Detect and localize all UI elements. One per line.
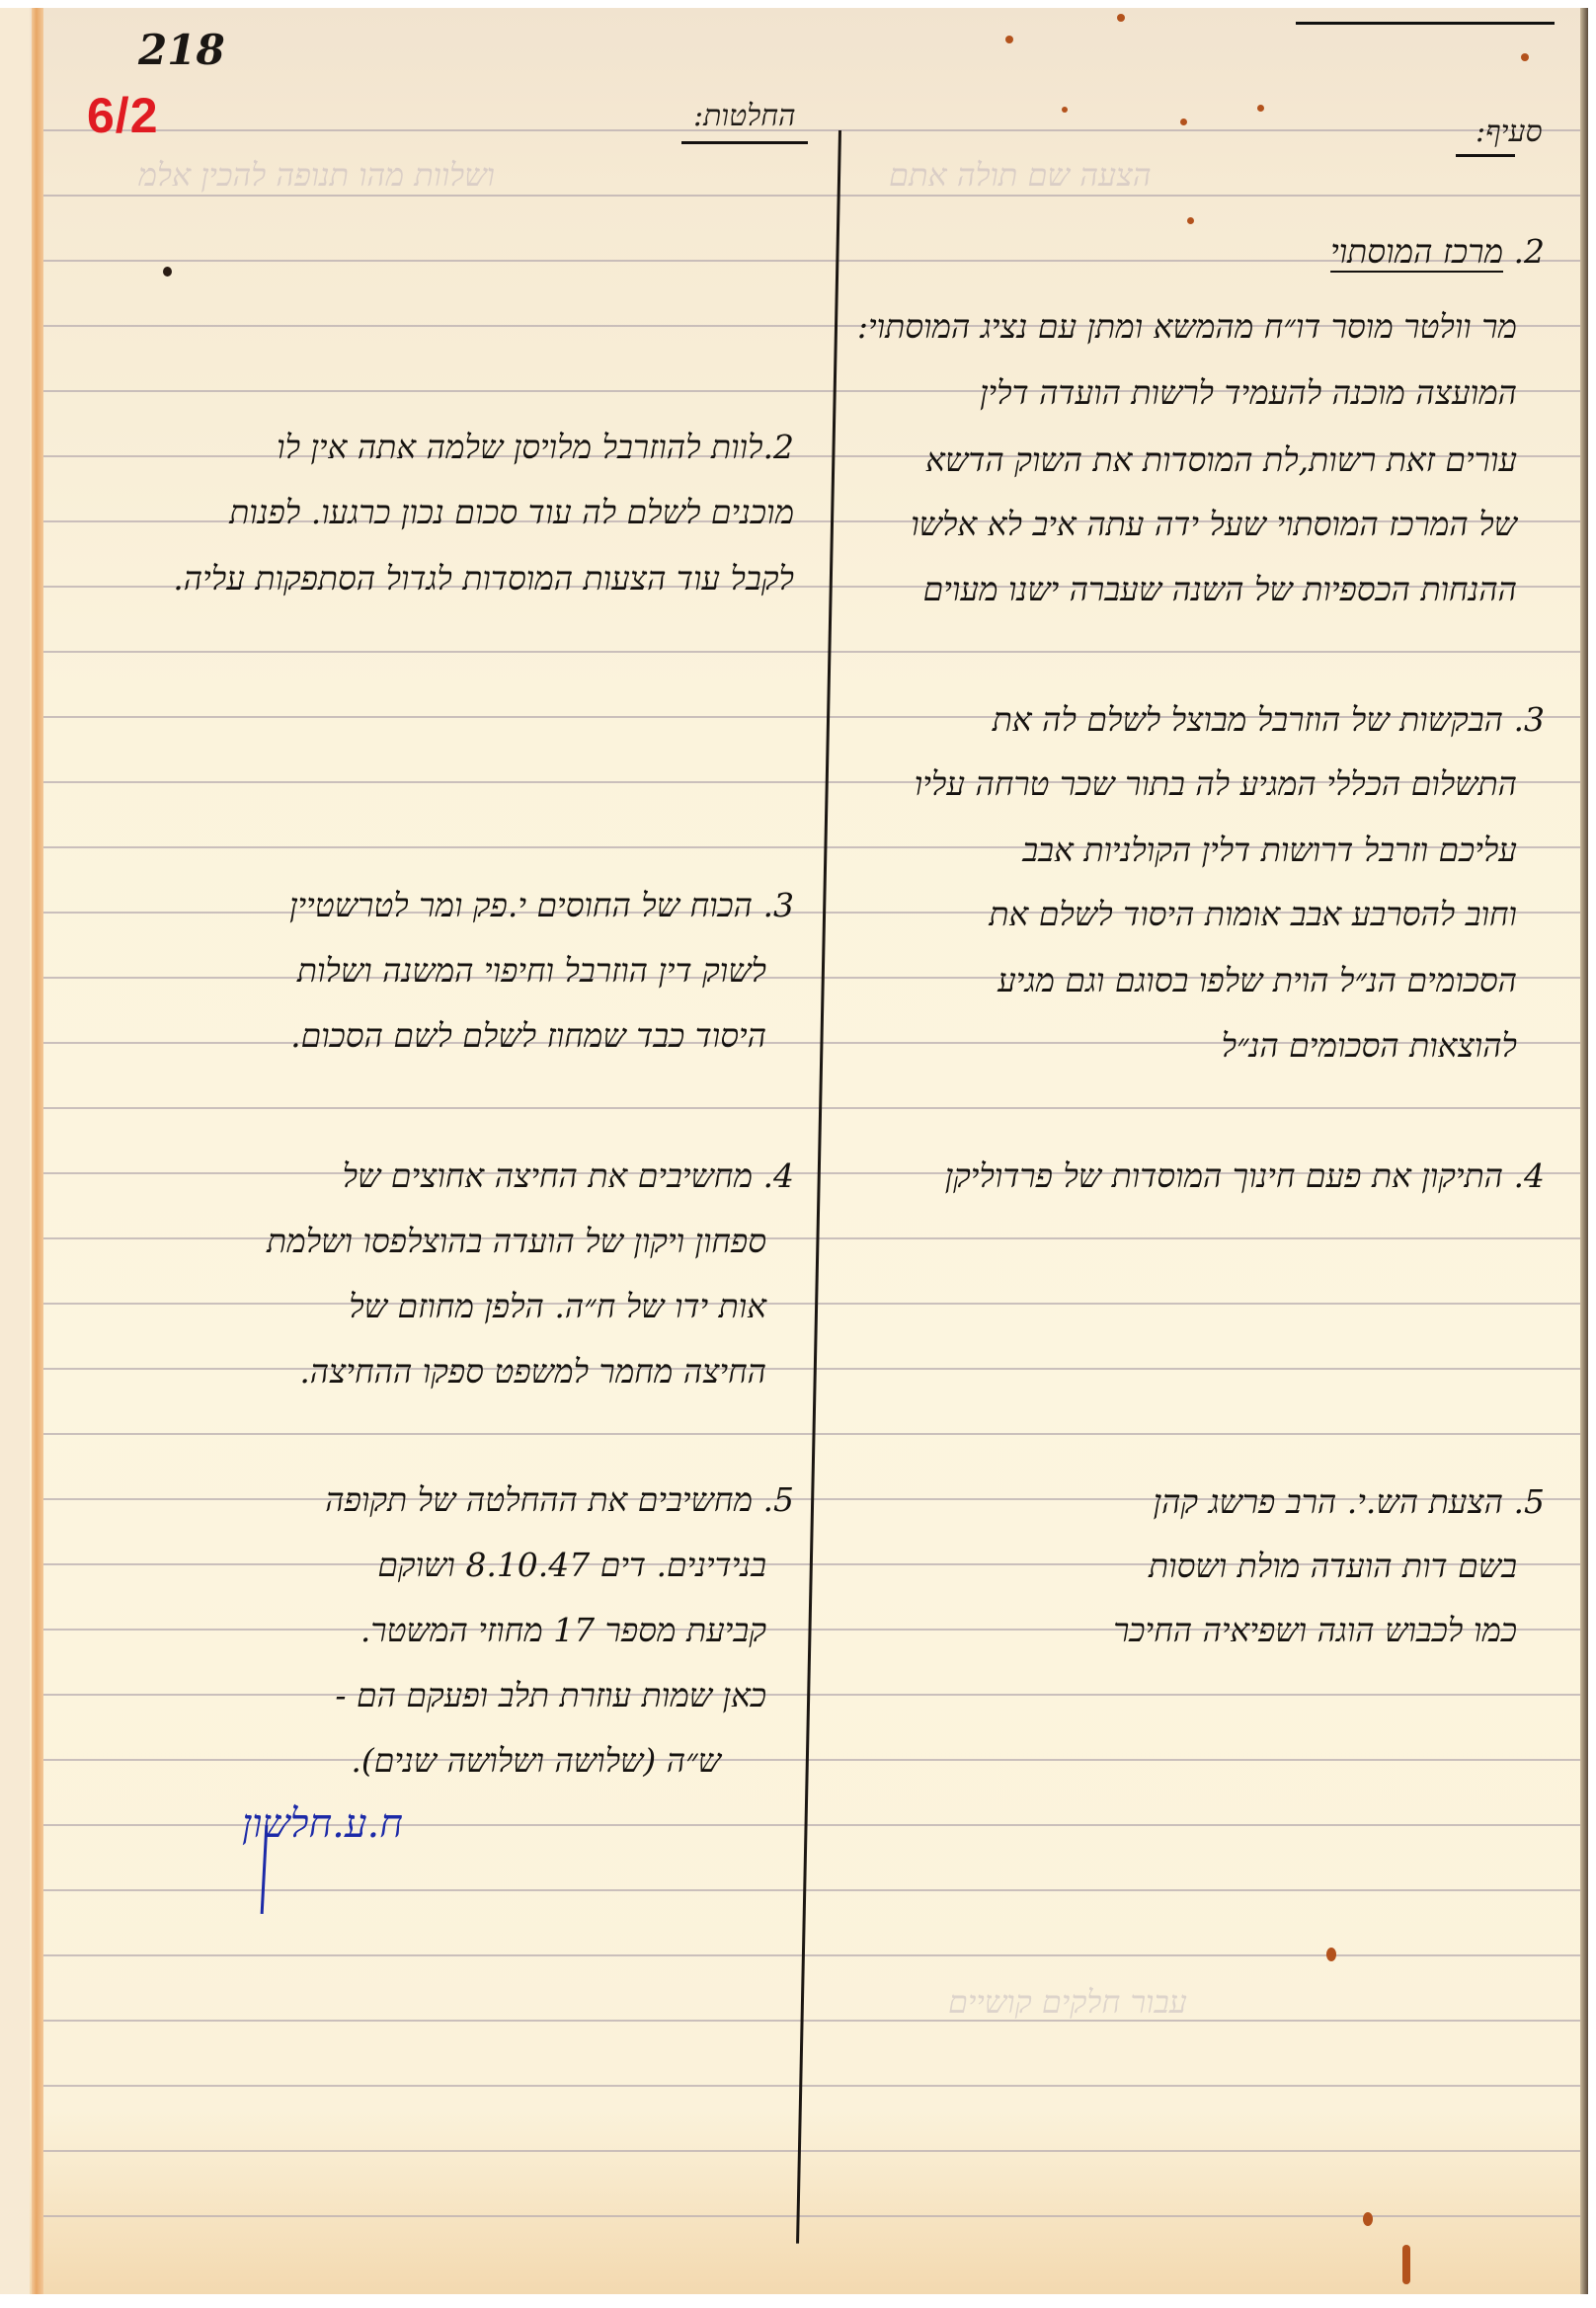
- left-item-5-line: ש״ה (שלושה ושלושה שנים).: [351, 1728, 721, 1793]
- left-item-5-line: 5. מחשיבים את ההחלטה של תקופה: [325, 1468, 794, 1533]
- right-item-2-line: עורים זאת רשות,לת המוסדות את השוק הדשא: [925, 428, 1517, 493]
- right-item-5-line: בשם דות הועדה מולת ושסות: [1149, 1534, 1517, 1599]
- item-number: 3: [1524, 700, 1545, 739]
- item-number: 2: [773, 428, 794, 466]
- stain-spot: [1402, 2245, 1410, 2284]
- stain-spot: [1363, 2212, 1373, 2226]
- right-item-3-line: וחוב להסרבע אבב אומות היסוד לשלם את: [989, 882, 1517, 947]
- stain-spot: [1005, 36, 1013, 43]
- left-margin-band: [0, 8, 30, 2294]
- stain-spot: [1117, 14, 1125, 22]
- left-item-5-line: בנידינים. דים 8.10.47 ושוקם: [377, 1533, 766, 1598]
- right-item-3-line: התשלום הכללי המגיע לה בתור שכר טרחה עליו: [915, 752, 1517, 817]
- item-number: 4: [773, 1156, 794, 1195]
- right-item-2-line: ההנחות הכספיות של השנה שעברה ישנו מעוים: [923, 557, 1517, 622]
- right-item-3-line: להוצאות הסכומים הנ״ל: [1222, 1013, 1517, 1078]
- right-item-4-line: 4. התיקון את פעם חינוך המוסדות של פרדולי…: [945, 1144, 1545, 1209]
- left-item-4-line: 4. מחשיבים את החיצה אחוצים של: [343, 1144, 794, 1209]
- right-item-5-line: 5. הצעת הש.י. הרב פרשג קהן: [1154, 1470, 1545, 1535]
- red-margin-line: [32, 8, 43, 2294]
- stain-spot: [1257, 105, 1264, 112]
- left-item-4-line: ספחון ויקון של הועדה בהוצלפסו ושלמת: [267, 1209, 766, 1274]
- stain-spot: [1062, 107, 1068, 113]
- page-binding-edge: [1580, 8, 1588, 2294]
- left-item-5-line: כאן שמות עוזרת תלב ופעקם הם -: [335, 1663, 766, 1728]
- left-item-4-line: אות ידו של ח״ה. הלפן מחוזם של: [349, 1274, 766, 1339]
- stain-spot: [1187, 217, 1194, 224]
- item-number: 5: [1524, 1482, 1545, 1521]
- right-item-3-line: הסכומים הנ״ל הוית שלפו בסוגם וגם מגיע: [997, 948, 1517, 1013]
- left-item-3-line: 3. הכוח של החוסים י.פק ומר לטרשטיין: [289, 873, 794, 938]
- right-item-2-heading: 2. מרכז המוסתוי: [1330, 219, 1545, 284]
- left-item-3-line: לשוק דין הוזרבל וחיפוי המשנה ושלות: [297, 938, 766, 1003]
- left-item-2-line: מוכנים לשלם לה עוד סכום נכון כרגעו. לפנו…: [229, 480, 794, 545]
- item-number: 4: [1524, 1156, 1545, 1195]
- ink-dot: [163, 267, 172, 277]
- stain-spot: [1521, 53, 1529, 61]
- right-item-5-line: כמו לכבוש הוגה ושפיאיה החיכר: [1113, 1598, 1517, 1663]
- right-item-2-line: של המרכז המוסתוי שעל ידה עתה איב לא אלשו: [911, 492, 1517, 557]
- right-column-subjects: 2. מרכז המוסתוי מר וולטר מוסר דו״ח מהמשא…: [864, 8, 1560, 2279]
- left-item-5-line: קביעת מספר 17 מחוזי המשטר.: [360, 1598, 766, 1663]
- item-title: מרכז המוסתוי: [1330, 232, 1503, 271]
- left-item-4-line: החיצה מחמר למשפט ספקו ההחיצה.: [299, 1339, 766, 1404]
- item-number: 2: [1524, 232, 1545, 271]
- right-item-2-line: מר וולטר מוסר דו״ח מהמשא ומתן עם נציג המ…: [857, 294, 1517, 359]
- left-item-2-line: 2.לוות להוזרבל מלויסן שלמה אתה אין לו: [277, 415, 794, 480]
- item-number: 3: [773, 886, 794, 924]
- ledger-page: ושלוות מהו תנופה להכין אלמ הצעה שם תולה …: [0, 8, 1588, 2294]
- stain-spot: [1180, 119, 1187, 125]
- item-number: 5: [773, 1480, 794, 1519]
- right-item-3-line: עליכם וזרבל דרושות דלין הקולניות אבב: [1022, 818, 1517, 883]
- left-item-2-line: לקבל עוד הצעות המוסדות לגדול הסתפקות עלי…: [173, 546, 794, 611]
- left-item-3-line: היסוד כבד שמחוז לשלם לשם הסכום.: [290, 1003, 766, 1069]
- stain-spot: [1326, 1948, 1336, 1961]
- left-column-decisions: 2.לוות להוזרבל מלויסן שלמה אתה אין לו מו…: [59, 8, 810, 2279]
- right-item-3-line: 3. הבקשות של הוזרבל מבוצל לשלם לה את: [993, 687, 1545, 753]
- right-item-2-line: המועצה מוכנה להעמיד לרשות הועדה דלין: [980, 360, 1517, 426]
